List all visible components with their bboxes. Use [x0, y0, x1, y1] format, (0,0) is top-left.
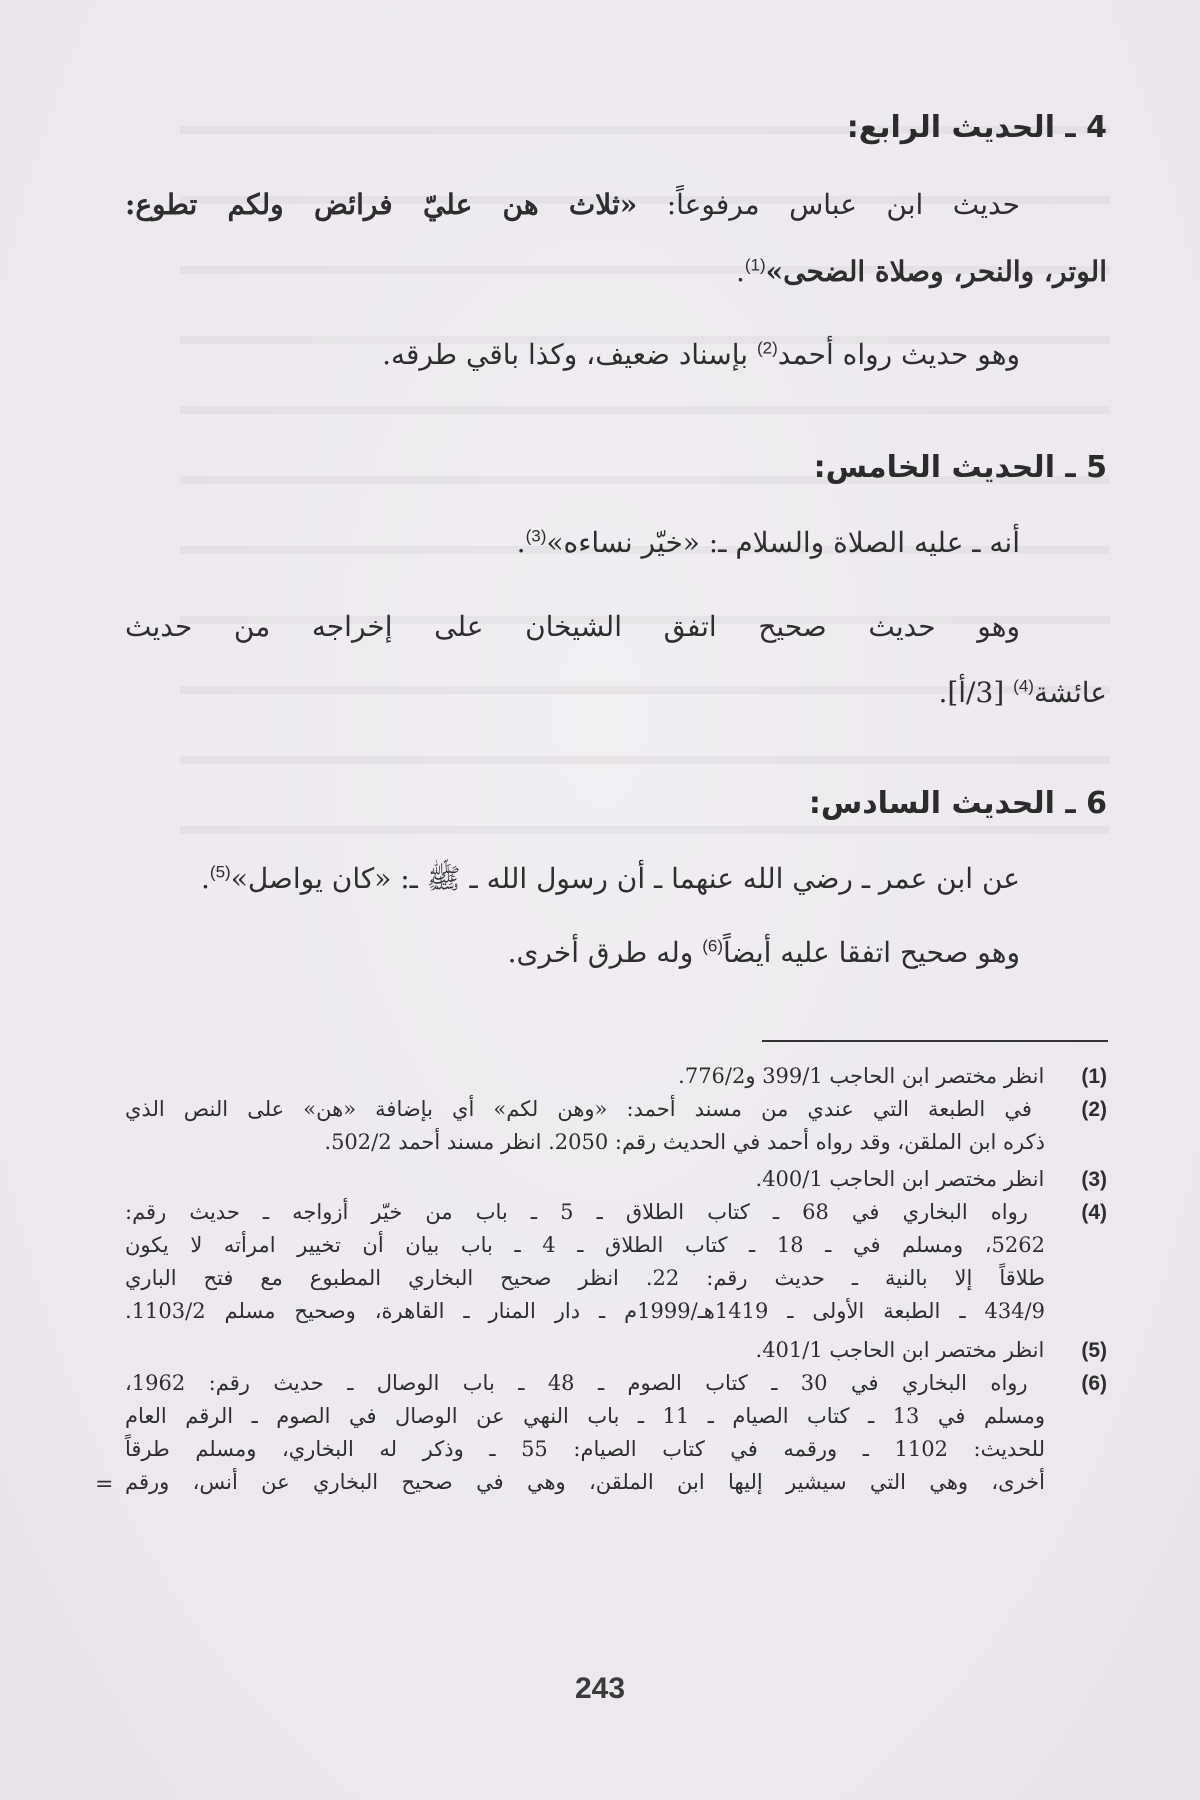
body-text: عائشة: [1034, 676, 1107, 709]
footnote-number: (4): [1051, 1201, 1107, 1225]
footnote-separator: [762, 1040, 1108, 1042]
body-line: وهو حديث رواه أحمد(2) بإسناد ضعيف، وكذا …: [382, 338, 1020, 371]
body-text: بإسناد ضعيف، وكذا باقي طرقه.: [382, 338, 757, 371]
footnote-number: (5): [1051, 1339, 1107, 1363]
book-page: 4 ـ الحديث الرابع: حديث ابن عباس مرفوعاً…: [0, 0, 1200, 1800]
hadith-quote: «ثلاث هن عليّ فرائض ولكم تطوع:: [125, 188, 637, 221]
footnote-2-cont: ذكره ابن الملقن، وقد رواه أحمد في الحديث…: [125, 1130, 1045, 1154]
footnote-ref[interactable]: (2): [757, 339, 778, 358]
body-text: وهو حديث رواه أحمد: [778, 338, 1020, 371]
footnote-4-cont: 5262، ومسلم في ـ 18 ـ كتاب الطلاق ـ 4 ـ …: [125, 1233, 1045, 1257]
body-line: عائشة(4) [3/أ].: [938, 676, 1107, 709]
footnote-text: رواه البخاري في 30 ـ كتاب الصوم ـ 48 ـ ب…: [125, 1371, 1028, 1395]
body-text: حديث ابن عباس مرفوعاً:: [637, 188, 1020, 221]
footnote-text: انظر مختصر ابن الحاجب 399/1 و776/2.: [678, 1064, 1044, 1088]
footnote-number: (6): [1051, 1372, 1107, 1396]
body-text: .: [201, 862, 210, 895]
footnote-number: (3): [1051, 1168, 1107, 1192]
body-line: وهو حديث صحيح اتفق الشيخان على إخراجه من…: [125, 610, 1020, 643]
body-text: عن ابن عمر ـ رضي الله عنهما ـ أن رسول ال…: [391, 862, 1020, 895]
footnote-6-cont: للحديث: 1102 ـ ورقمه في كتاب الصيام: 55 …: [125, 1437, 1045, 1461]
footnote-text: رواه البخاري في 68 ـ كتاب الطلاق ـ 5 ـ ب…: [125, 1200, 1028, 1224]
footnote-4-cont: 434/9 ـ الطبعة الأولى ـ 1419هـ/1999م ـ د…: [125, 1299, 1045, 1323]
body-line: عن ابن عمر ـ رضي الله عنهما ـ أن رسول ال…: [201, 862, 1020, 902]
footnote-number: (2): [1051, 1098, 1107, 1122]
footnote-5: (5) انظر مختصر ابن الحاجب 401/1.: [756, 1338, 1108, 1363]
footnote-ref[interactable]: (5): [210, 863, 231, 882]
footnote-6-cont: أخرى، وهي التي سيشير إليها ابن الملقن، و…: [125, 1470, 1045, 1494]
continuation-mark: =: [95, 1472, 113, 1497]
heading-hadith-5: 5 ـ الحديث الخامس:: [814, 450, 1107, 485]
heading-hadith-6: 6 ـ الحديث السادس:: [809, 786, 1107, 821]
body-text: وهو صحيح اتفقا عليه أيضاً: [723, 936, 1020, 969]
footnote-text: في الطبعة التي عندي من مسند أحمد: «وهن ل…: [125, 1097, 1032, 1121]
body-text: وله طرق أخرى.: [508, 936, 703, 969]
body-text: .: [736, 255, 745, 288]
heading-hadith-4: 4 ـ الحديث الرابع:: [847, 110, 1107, 145]
body-text: [3/أ].: [938, 676, 1013, 709]
footnote-6: (6) رواه البخاري في 30 ـ كتاب الصوم ـ 48…: [125, 1371, 1107, 1396]
body-line: حديث ابن عباس مرفوعاً: «ثلاث هن عليّ فرا…: [125, 188, 1020, 221]
body-text: وهو حديث صحيح اتفق الشيخان على إخراجه من…: [125, 610, 1020, 643]
footnote-number: (1): [1051, 1065, 1107, 1089]
footnote-4: (4) رواه البخاري في 68 ـ كتاب الطلاق ـ 5…: [125, 1200, 1107, 1225]
hadith-quote: الوتر، والنحر، وصلاة الضحى»: [766, 255, 1107, 288]
body-line: وهو صحيح اتفقا عليه أيضاً(6) وله طرق أخر…: [508, 936, 1020, 969]
footnote-4-cont: طلاقاً إلا بالنية ـ حديث رقم: 22. انظر ص…: [125, 1266, 1045, 1290]
hadith-quote: «خيّر نساءه»: [546, 526, 700, 559]
footnote-1: (1) انظر مختصر ابن الحاجب 399/1 و776/2.: [678, 1064, 1107, 1089]
page-number: 243: [0, 1672, 1200, 1706]
footnote-text: انظر مختصر ابن الحاجب 400/1.: [756, 1167, 1045, 1191]
footnote-ref[interactable]: (1): [745, 256, 766, 275]
body-line: الوتر، والنحر، وصلاة الضحى»(1).: [736, 255, 1107, 288]
footnote-ref[interactable]: (3): [526, 527, 547, 546]
body-text: أنه ـ عليه الصلاة والسلام ـ:: [700, 526, 1020, 559]
footnote-text: انظر مختصر ابن الحاجب 401/1.: [756, 1338, 1045, 1362]
footnote-ref[interactable]: (6): [702, 937, 723, 956]
body-text: .: [517, 526, 526, 559]
footnote-6-cont: ومسلم في 13 ـ كتاب الصيام ـ 11 ـ باب الن…: [125, 1404, 1045, 1428]
body-line: أنه ـ عليه الصلاة والسلام ـ: «خيّر نساءه…: [517, 526, 1020, 559]
footnote-ref[interactable]: (4): [1013, 677, 1034, 696]
footnote-2: (2) في الطبعة التي عندي من مسند أحمد: «و…: [125, 1097, 1107, 1122]
hadith-quote: «كان يواصل»: [231, 862, 392, 895]
footnote-3: (3) انظر مختصر ابن الحاجب 400/1.: [756, 1167, 1108, 1192]
